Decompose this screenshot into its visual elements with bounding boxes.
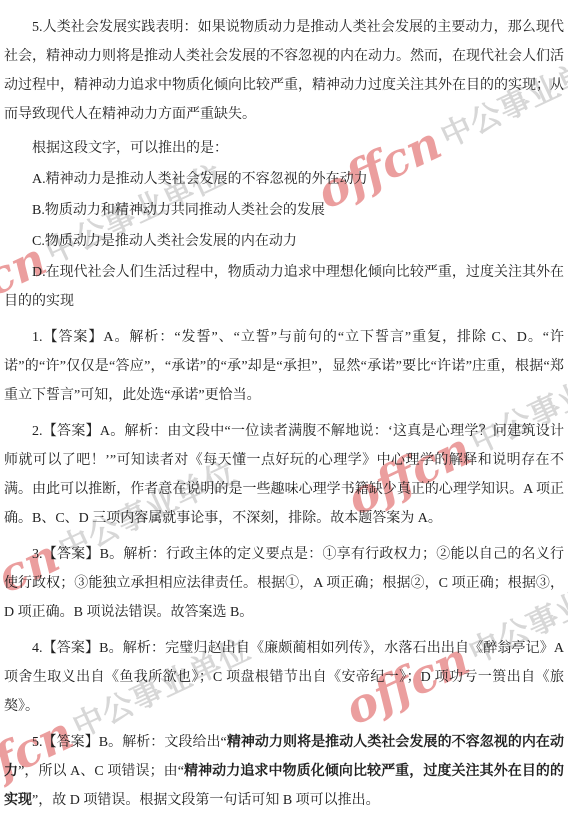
option-d: D.在现代社会人们生活过程中，物质动力追求中理想化倾向比较严重，过度关注其外在目… [4, 258, 564, 316]
answer-text: 5.【答案】B。解析：文段给出“ [32, 735, 227, 750]
answer-text: 3.【答案】B。解析：行政主体的定义要点是：①享有行政权力；②能以自己的名义行使… [4, 547, 564, 620]
answer-explanation-1: 1.【答案】A。解析：“发誓”、“立誓”与前句的“立下誓言”重复，排除 C、D。… [4, 323, 564, 410]
option-a: A.精神动力是推动人类社会发展的不容忽视的外在动力 [4, 165, 564, 194]
question-prompt: 根据这段文字，可以推出的是： [4, 134, 564, 163]
answer-text: 4.【答案】B。解析：完璧归赵出自《廉颇蔺相如列传》，水落石出出自《醉翁亭记》A… [4, 641, 564, 714]
answer-explanation-2: 2.【答案】A。解析：由文段中“一位读者满腹不解地说：‘这真是心理学？问建筑设计… [4, 417, 564, 533]
answer-text: 1.【答案】A。解析：“发誓”、“立誓”与前句的“立下誓言”重复，排除 C、D。… [4, 330, 564, 403]
answer-text: ”，故 D 项错误。根据文段第一句话可知 B 项可以推出。 [32, 793, 380, 808]
answer-explanation-3: 3.【答案】B。解析：行政主体的定义要点是：①享有行政权力；②能以自己的名义行使… [4, 540, 564, 627]
option-c: C.物质动力是推动人类社会发展的内在动力 [4, 227, 564, 256]
document-page: offcn 中公事业单位 offcn 中公事业单位 offcn 中公事业单位 o… [0, 0, 568, 825]
document-text: 5.人类社会发展实践表明：如果说物质动力是推动人类社会发展的主要动力，那么现代社… [0, 0, 568, 815]
answer-explanation-4: 4.【答案】B。解析：完璧归赵出自《廉颇蔺相如列传》，水落石出出自《醉翁亭记》A… [4, 634, 564, 721]
answer-explanation-5: 5.【答案】B。解析：文段给出“精神动力则将是推动人类社会发展的不容忽视的内在动… [4, 728, 564, 815]
answer-text: 2.【答案】A。解析：由文段中“一位读者满腹不解地说：‘这真是心理学？问建筑设计… [4, 424, 564, 526]
option-b: B.物质动力和精神动力共同推动人类社会的发展 [4, 196, 564, 225]
question-stem: 5.人类社会发展实践表明：如果说物质动力是推动人类社会发展的主要动力，那么现代社… [4, 13, 564, 129]
answer-text: ”，所以 A、C 项错误；由“ [18, 764, 184, 779]
